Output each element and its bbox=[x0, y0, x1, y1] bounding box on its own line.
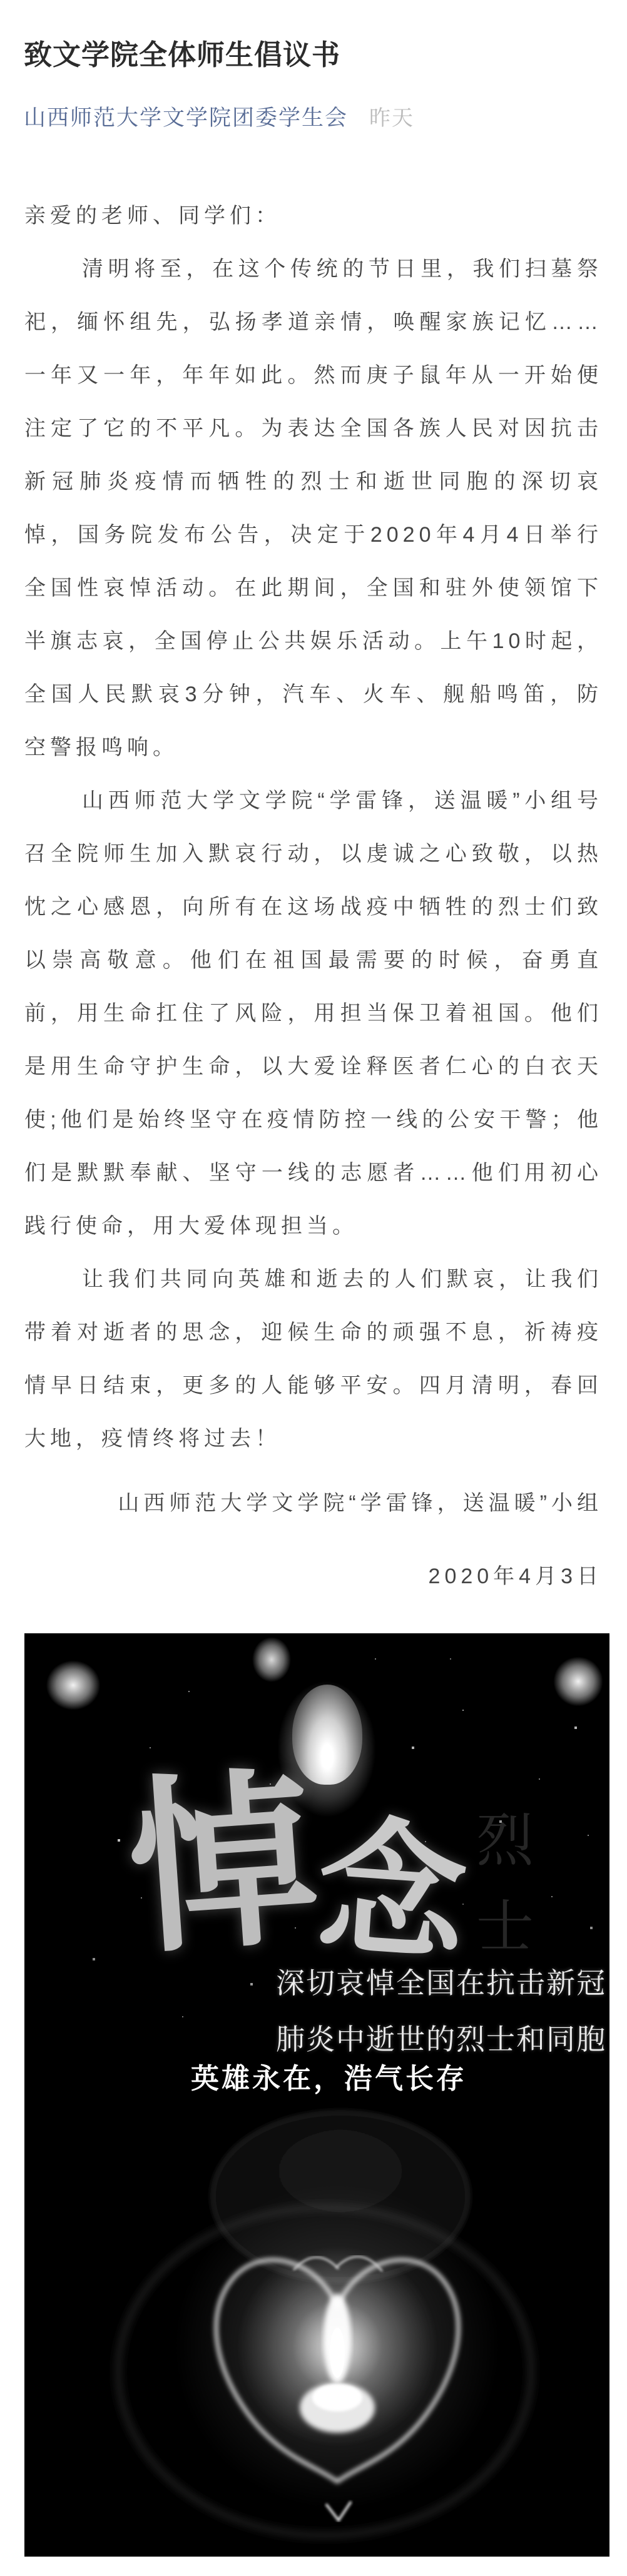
hands-heart-candle-graphic bbox=[24, 1633, 609, 2557]
paragraph: 清明将至，在这个传统的节日里，我们扫墓祭祀，缅怀组先，弘扬孝道亲情，唤醒家族记忆… bbox=[24, 243, 603, 774]
poster-caption: 英雄永在，浩气长存 bbox=[191, 2062, 467, 2095]
byline: 山西师范大学文学院团委学生会 昨天 bbox=[24, 103, 603, 133]
publish-time: 昨天 bbox=[369, 103, 414, 133]
official-account-link[interactable]: 山西师范大学文学院团委学生会 bbox=[24, 103, 348, 133]
paragraph: 让我们共同向英雄和逝去的人们默哀，让我们带着对逝者的思念，迎候生命的顽强不息，祈… bbox=[24, 1253, 603, 1466]
calligraphy-dao: 悼 bbox=[123, 1766, 324, 1966]
article-page: 致文学院全体师生倡议书 山西师范大学文学院团委学生会 昨天 亲爱的老师、同学们：… bbox=[0, 0, 627, 2576]
date-line: 2020年4月3日 bbox=[24, 1550, 603, 1603]
signature-line: 山西师范大学文学院“学雷锋，送温暖”小组 bbox=[24, 1477, 603, 1530]
greeting-line: 亲爱的老师、同学们： bbox=[24, 190, 603, 243]
poster-slogan-line1: 深切哀悼全国在抗击新冠 bbox=[276, 1965, 606, 2002]
page-title: 致文学院全体师生倡议书 bbox=[24, 35, 603, 74]
memorial-poster-image[interactable]: 悼 念 烈士 深切哀悼全国在抗击新冠 肺炎中逝世的烈士和同胞 英雄永在，浩气长存 bbox=[24, 1633, 609, 2557]
paragraph: 山西师范大学文学院“学雷锋，送温暖”小组号召全院师生加入默哀行动，以虔诚之心致敬… bbox=[24, 774, 603, 1253]
article-body: 亲爱的老师、同学们： 清明将至，在这个传统的节日里，我们扫墓祭祀，缅怀组先，弘扬… bbox=[24, 190, 603, 1603]
poster-slogan-line2: 肺炎中逝世的烈士和同胞 bbox=[276, 2021, 606, 2059]
calligraphy-nian: 念 bbox=[312, 1815, 471, 1974]
vertical-martyr-text: 烈士 bbox=[470, 1810, 530, 1982]
